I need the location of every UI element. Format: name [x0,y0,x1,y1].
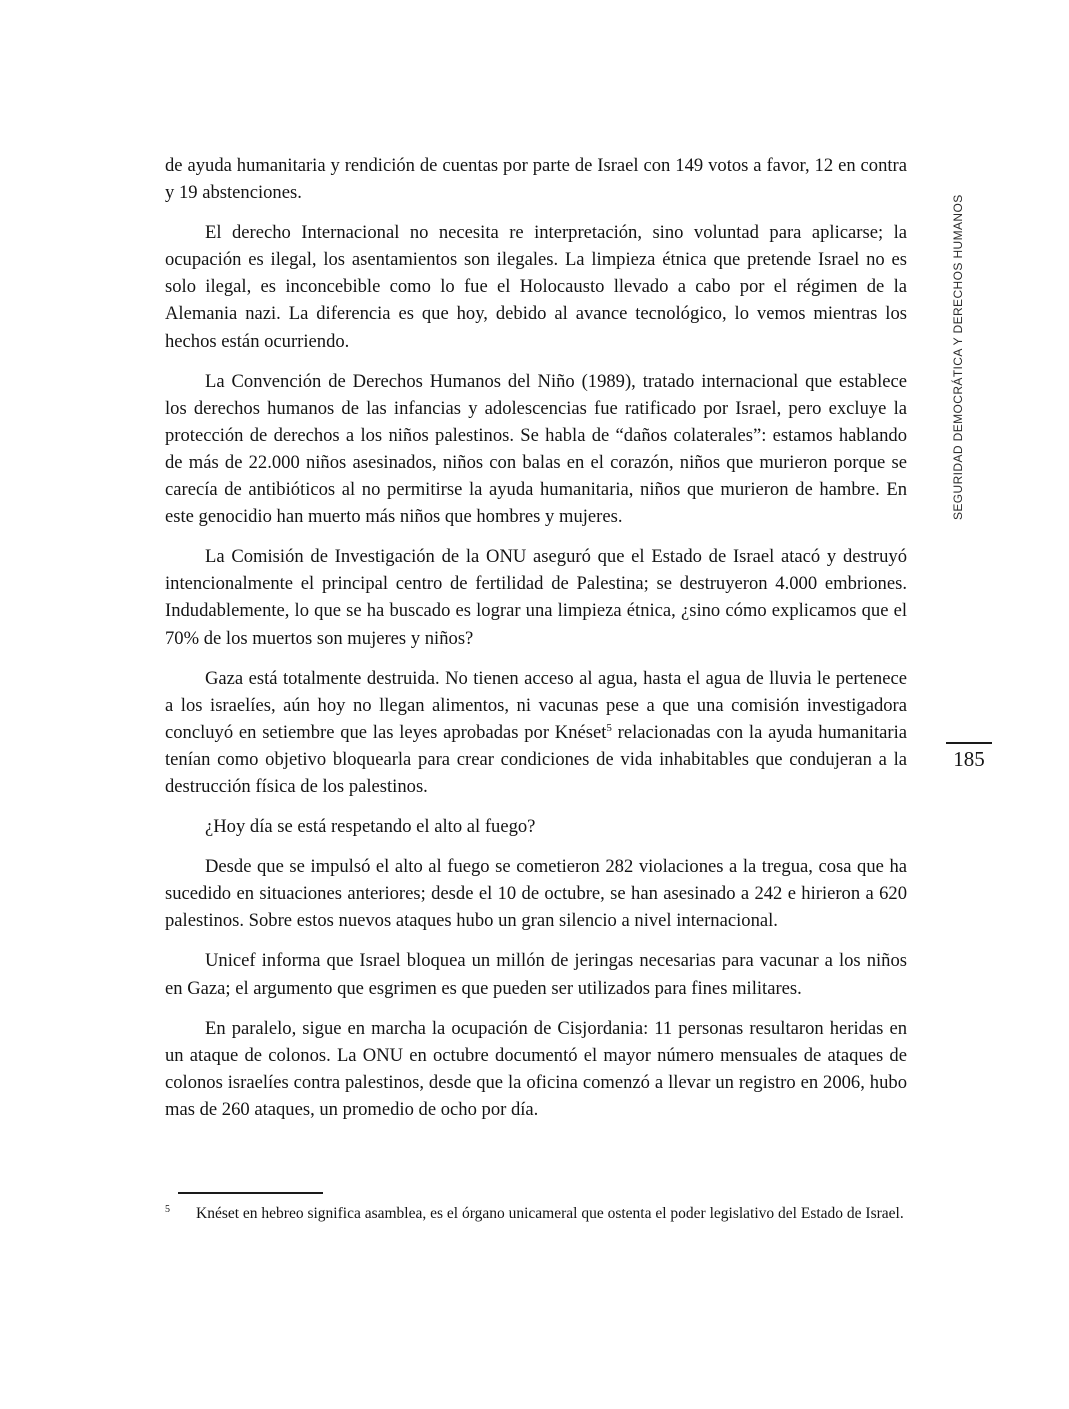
footnote-text-content: Knéset en hebreo significa asamblea, es … [196,1205,904,1222]
book-page: de ayuda humanitaria y rendición de cuen… [0,0,1069,1409]
paragraph: de ayuda humanitaria y rendición de cuen… [165,152,907,206]
page-number: 185 [946,742,992,772]
paragraph: En paralelo, sigue en marcha la ocupació… [165,1015,907,1123]
paragraph: La Comisión de Investigación de la ONU a… [165,543,907,651]
paragraph: Unicef informa que Israel bloquea un mil… [165,947,907,1001]
paragraph: El derecho Internacional no necesita re … [165,219,907,354]
footnote: 5Knéset en hebreo significa asamblea, es… [165,1192,907,1226]
footnote-divider [178,1192,323,1194]
paragraph: Desde que se impulsó el alto al fuego se… [165,853,907,934]
body-text: de ayuda humanitaria y rendición de cuen… [165,152,907,1136]
running-title: SEGURIDAD DEMOCRÁTICA Y DERECHOS HUMANOS [951,242,965,520]
footnote-text: 5Knéset en hebreo significa asamblea, es… [165,1201,907,1226]
paragraph: La Convención de Derechos Humanos del Ni… [165,368,907,531]
paragraph: ¿Hoy día se está respetando el alto al f… [165,813,907,840]
paragraph: Gaza está totalmente destruida. No tiene… [165,665,907,800]
footnote-marker: 5 [165,1204,170,1215]
